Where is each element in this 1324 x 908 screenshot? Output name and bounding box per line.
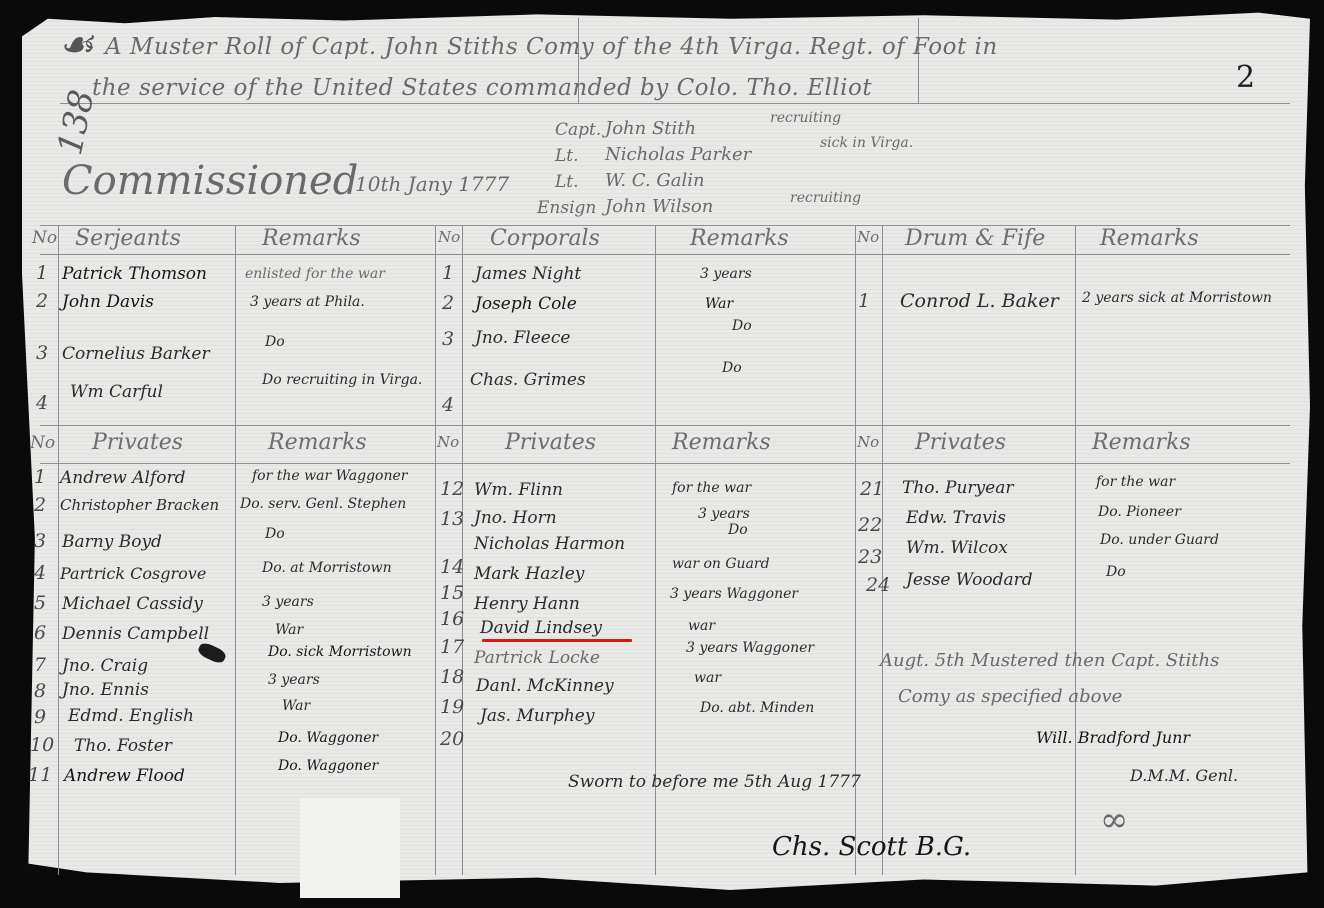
drum-fife-name: Conrod L. Baker <box>900 290 1059 312</box>
header-no: No <box>857 228 879 246</box>
row-number: 1 <box>36 262 48 284</box>
col-line-3 <box>435 225 436 875</box>
header-no: No <box>857 433 879 451</box>
private-remark: war <box>688 618 715 634</box>
row-number: 19 <box>440 696 464 718</box>
private-remark: War <box>275 622 303 638</box>
highlight-underline <box>482 639 632 642</box>
private-remark: Do. sick Morristown <box>268 644 412 660</box>
header-remarks: Remarks <box>262 226 361 251</box>
private-remark: 3 years Waggoner <box>686 640 814 656</box>
private-name: Tho. Puryear <box>902 478 1013 498</box>
row-number: 8 <box>34 680 46 702</box>
corporal-remark: 3 years <box>700 266 752 282</box>
col-line-1 <box>58 225 59 875</box>
title-flourish-icon: ☙ <box>58 22 94 68</box>
attestation-line-1: Augt. 5th Mustered then Capt. Stiths <box>880 650 1219 671</box>
rule-header-bottom <box>40 254 1290 255</box>
corporal-remark: War <box>705 296 733 312</box>
officer-rank: Ensign <box>537 198 596 218</box>
officer-rank: Lt. <box>555 146 579 166</box>
commissioned-label: Commissioned <box>62 158 358 204</box>
header-remarks: Remarks <box>672 430 771 455</box>
header-remarks: Remarks <box>1100 226 1199 251</box>
corporal-remark: Do <box>732 318 752 334</box>
private-remark: Do <box>265 526 285 542</box>
private-remark: war on Guard <box>672 556 770 572</box>
private-name: Edmd. English <box>68 706 194 726</box>
row-number: 20 <box>440 728 464 750</box>
sergeant-name: John Davis <box>62 292 154 312</box>
row-number: 3 <box>442 328 454 350</box>
row-number: 4 <box>442 394 454 416</box>
paper-repair-patch <box>300 798 400 898</box>
row-number: 7 <box>34 654 46 676</box>
private-remark: for the war <box>1096 474 1175 490</box>
row-number: 14 <box>440 556 464 578</box>
rule-privates-bottom <box>40 463 1290 464</box>
private-name: Danl. McKinney <box>476 676 614 696</box>
private-name: Wm. Flinn <box>474 480 563 500</box>
private-remark: Do. Waggoner <box>278 730 378 746</box>
officer-remark: recruiting <box>790 190 861 206</box>
row-number: 2 <box>442 292 454 314</box>
attestation-signature-title: D.M.M. Genl. <box>1130 766 1238 785</box>
private-remark: for the war Waggoner <box>252 468 407 484</box>
row-number: 1 <box>858 290 870 312</box>
rule-privates-top <box>40 425 1290 426</box>
sergeant-name: Cornelius Barker <box>62 344 210 364</box>
row-number: 1 <box>34 466 46 488</box>
row-number: 15 <box>440 582 464 604</box>
private-name: Partrick Cosgrove <box>60 564 206 583</box>
private-name-highlighted: David Lindsey <box>480 618 602 638</box>
row-number: 1 <box>442 262 454 284</box>
title-line-2: the service of the United States command… <box>92 75 872 101</box>
private-remark: War <box>282 698 310 714</box>
private-name: Barny Boyd <box>62 532 162 552</box>
officer-rank: Lt. <box>555 172 579 192</box>
officer-name: John Wilson <box>605 196 713 217</box>
private-name: Jas. Murphey <box>480 706 594 726</box>
private-name: Jno. Craig <box>62 656 148 676</box>
private-remark: 3 years <box>268 672 320 688</box>
row-number: 13 <box>440 508 464 530</box>
commissioned-date: 10th Jany 1777 <box>355 172 509 196</box>
officer-rank: Capt. <box>555 120 601 140</box>
header-no: No <box>32 228 57 248</box>
header-sergeants: Serjeants <box>75 226 181 251</box>
header-remarks: Remarks <box>268 430 367 455</box>
header-remarks: Remarks <box>1092 430 1191 455</box>
row-number: 10 <box>30 734 54 756</box>
private-name: Jno. Horn <box>474 508 557 528</box>
private-name: Edw. Travis <box>906 508 1006 528</box>
attestation-signature: Will. Bradford Junr <box>1036 728 1190 747</box>
col-line-4 <box>462 225 463 875</box>
row-number: 4 <box>36 392 48 414</box>
row-number: 6 <box>34 622 46 644</box>
row-number: 24 <box>866 574 890 596</box>
row-number: 9 <box>34 706 46 728</box>
private-name: Tho. Foster <box>74 736 172 756</box>
private-remark: Do. abt. Minden <box>700 700 814 716</box>
row-number: 4 <box>34 562 46 584</box>
private-remark: Do <box>1106 564 1126 580</box>
private-remark: Do. serv. Genl. Stephen <box>240 496 406 512</box>
private-remark: Do. under Guard <box>1100 532 1219 548</box>
corporal-remark: Do <box>722 360 742 376</box>
private-remark: Do. Pioneer <box>1098 504 1181 520</box>
row-number: 3 <box>34 530 46 552</box>
private-name: Jno. Ennis <box>62 680 149 700</box>
private-remark: 3 years <box>698 506 750 522</box>
header-remarks: Remarks <box>690 226 789 251</box>
sworn-signature: Chs. Scott B.G. <box>772 832 971 862</box>
header-no: No <box>30 433 55 453</box>
row-number: 2 <box>36 290 48 312</box>
drum-fife-remark: 2 years sick at Morristown <box>1082 290 1282 306</box>
officer-remark: recruiting <box>770 110 841 126</box>
private-name: Dennis Campbell <box>62 624 209 644</box>
private-name: Michael Cassidy <box>62 594 203 614</box>
row-number: 22 <box>858 514 882 536</box>
private-name: Nicholas Harmon <box>474 534 625 554</box>
corporal-name: Joseph Cole <box>475 294 577 314</box>
col-line-8 <box>1075 225 1076 875</box>
row-number: 12 <box>440 478 464 500</box>
officer-name: W. C. Galin <box>605 170 705 191</box>
private-remark: Do. Waggoner <box>278 758 378 774</box>
sergeant-remark: enlisted for the war <box>245 266 385 282</box>
private-name: Andrew Alford <box>60 468 186 488</box>
header-corporals: Corporals <box>490 226 600 251</box>
row-number: 3 <box>36 342 48 364</box>
header-privates: Privates <box>505 430 596 455</box>
page-number: 2 <box>1236 60 1255 95</box>
rule-title <box>60 103 1290 104</box>
officer-name: Nicholas Parker <box>605 144 751 165</box>
header-privates: Privates <box>915 430 1006 455</box>
title-line-1: A Muster Roll of Capt. John Stiths Comy … <box>105 34 998 60</box>
row-number: 11 <box>28 764 52 786</box>
attestation-line-2: Comy as specified above <box>898 686 1122 707</box>
row-number: 17 <box>440 636 464 658</box>
row-number: 2 <box>34 494 46 516</box>
private-remark: 3 years <box>262 594 314 610</box>
corporal-name: James Night <box>475 264 581 284</box>
private-remark: for the war <box>672 480 751 496</box>
header-no: No <box>437 433 459 451</box>
signature-flourish-icon: ∞ <box>1100 800 1128 840</box>
corporal-name: Jno. Fleece <box>475 328 570 348</box>
private-name: Christopher Bracken <box>60 496 219 514</box>
row-number: 16 <box>440 608 464 630</box>
private-remark: 3 years Waggoner <box>670 586 798 602</box>
col-line-2 <box>235 225 236 875</box>
row-number: 5 <box>34 592 46 614</box>
row-number: 23 <box>858 546 882 568</box>
private-remark: Do. at Morristown <box>262 560 392 576</box>
sergeant-name: Patrick Thomson <box>62 264 207 284</box>
private-remark: Do <box>728 522 748 538</box>
private-name: Henry Hann <box>474 594 580 614</box>
header-privates: Privates <box>92 430 183 455</box>
officer-name: John Stith <box>605 118 696 139</box>
sworn-text: Sworn to before me 5th Aug 1777 <box>568 772 861 792</box>
private-name: Andrew Flood <box>64 766 185 786</box>
corporal-name: Chas. Grimes <box>470 370 586 390</box>
col-line-fold-2 <box>918 18 919 103</box>
sergeant-remark: Do recruiting in Virga. <box>262 372 432 388</box>
private-name: Jesse Woodard <box>906 570 1033 590</box>
row-number: 21 <box>860 478 884 500</box>
header-no: No <box>438 228 460 246</box>
header-drum-fife: Drum & Fife <box>905 226 1045 251</box>
row-number: 18 <box>440 666 464 688</box>
private-name: Wm. Wilcox <box>906 538 1008 558</box>
sergeant-name: Wm Carful <box>70 382 163 402</box>
officer-remark: sick in Virga. <box>820 135 913 151</box>
private-name: Mark Hazley <box>474 564 584 584</box>
private-remark: war <box>694 670 721 686</box>
sergeant-remark: 3 years at Phila. <box>250 294 365 310</box>
sergeant-remark: Do <box>265 334 285 350</box>
private-name: Partrick Locke <box>474 648 600 668</box>
